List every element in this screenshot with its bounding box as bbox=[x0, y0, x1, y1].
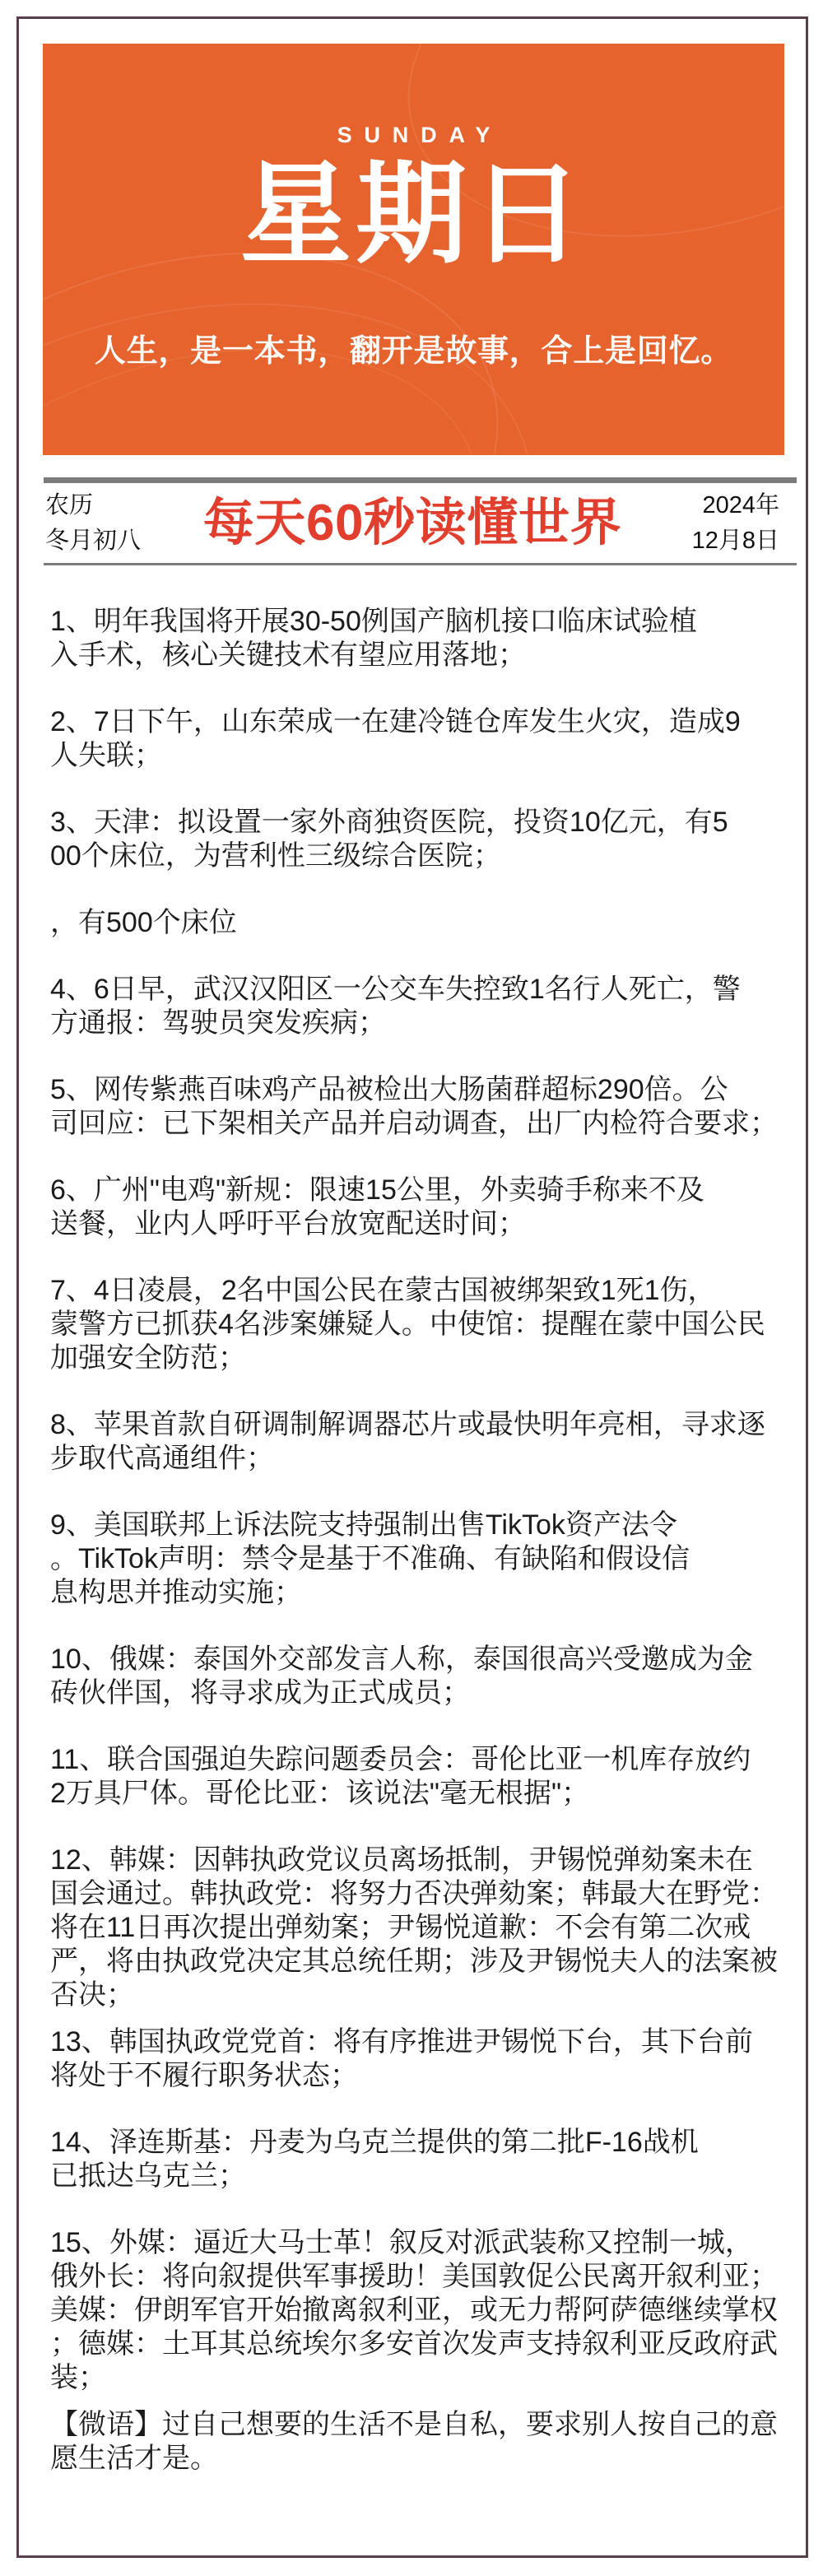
news-item-12: 12、韩媒：因韩执政党议员离场抵制，尹锡悦弹劾案未在 国会通过。韩执政党：将努力… bbox=[50, 1844, 801, 2012]
news-item-14: 14、泽连斯基：丹麦为乌克兰提供的第二批F-16战机 已抵达乌克兰； bbox=[50, 2126, 801, 2193]
news-item-6: 6、广州"电鸡"新规：限速15公里，外卖骑手称来不及 送餐，业内人呼吁平台放宽配… bbox=[50, 1174, 801, 1241]
news-item-2: 2、7日下午，山东荣成一在建冷链仓库发生火灾，造成9 人失联； bbox=[50, 705, 801, 773]
lunar-date: 冬月初八 bbox=[45, 522, 141, 556]
news-item-7: 7、4日凌晨，2名中国公民在蒙古国被绑架致1死1伤， 蒙警方已抓获4名涉案嫌疑人… bbox=[50, 1274, 801, 1375]
news-item-13: 13、韩国执政党党首：将有序推进尹锡悦下台，其下台前 将处于不履行职务状态； bbox=[50, 2025, 801, 2093]
news-item-3: 3、天津：拟设置一家外商独资医院，投资10亿元，有5 00个床位，为营利性三级综… bbox=[50, 806, 801, 873]
news-item-15: 15、外媒：逼近大马士革！叙反对派武装称又控制一城， 俄外长：将向叙提供军事援助… bbox=[50, 2226, 801, 2395]
news-item-8: 8、苹果首款自研调制解调器芯片或最快明年亮相，寻求逐 步取代高通组件； bbox=[50, 1408, 801, 1476]
date-bar-top-rule bbox=[44, 477, 797, 483]
gregorian-year: 2024年 bbox=[702, 486, 779, 520]
news-item-1: 1、明年我国将开展30-50例国产脑机接口临床试验植 入手术，核心关键技术有望应… bbox=[50, 605, 801, 672]
weekday-english-label: SUNDAY bbox=[43, 123, 784, 148]
news-item-4: 4、6日早，武汉汉阳区一公交车失控致1名行人死亡，警 方通报：驾驶员突发疾病； bbox=[50, 973, 801, 1040]
news-item-9: 9、美国联邦上诉法院支持强制出售TikTok资产法令 。TikTok声明：禁令是… bbox=[50, 1509, 801, 1610]
lunar-calendar-label: 农历 bbox=[45, 486, 93, 520]
news-item-3-continuation: ，有500个床位 bbox=[50, 906, 801, 940]
date-bar-bottom-rule bbox=[44, 563, 797, 565]
news-item-5: 5、网传紫燕百味鸡产品被检出大肠菌群超标290倍。公 司回应：已下架相关产品并启… bbox=[50, 1073, 801, 1141]
news-item-11: 11、联合国强迫失踪问题委员会：哥伦比亚一机库存放约 2万具尸体。哥伦比亚：该说… bbox=[50, 1743, 801, 1811]
page-title: 每天60秒读懂世界 bbox=[151, 493, 674, 554]
news-list: 1、明年我国将开展30-50例国产脑机接口临床试验植 入手术，核心关键技术有望应… bbox=[50, 605, 801, 2509]
page-frame: SUNDAY 星期日 人生，是一本书，翻开是故事，合上是回忆。 农历 冬月初八 … bbox=[16, 16, 808, 2558]
weiyu-quote: 【微语】过自己想要的生活不是自私，要求别人按自己的意 愿生活才是。 bbox=[50, 2408, 801, 2476]
header-tagline: 人生，是一本书，翻开是故事，合上是回忆。 bbox=[43, 325, 784, 370]
header-card: SUNDAY 星期日 人生，是一本书，翻开是故事，合上是回忆。 bbox=[43, 44, 784, 455]
gregorian-date: 12月8日 bbox=[692, 522, 779, 556]
weekday-chinese-title: 星期日 bbox=[43, 159, 784, 270]
news-item-10: 10、俄媒：泰国外交部发言人称，泰国很高兴受邀成为金 砖伙伴国，将寻求成为正式成… bbox=[50, 1643, 801, 1710]
